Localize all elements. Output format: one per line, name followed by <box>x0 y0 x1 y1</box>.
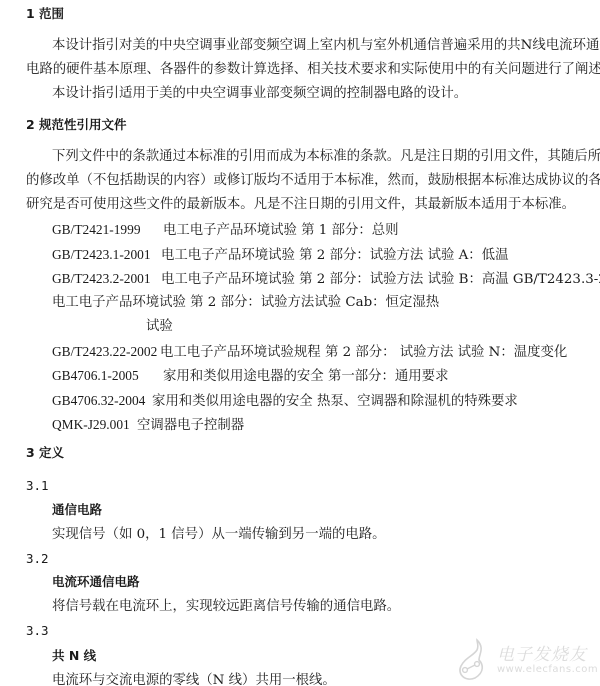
reference-code: QMK-J29.001 <box>52 416 137 434</box>
reference-code: GB/T2423.1-2001 <box>52 246 161 264</box>
watermark-name: 电子发烧友 <box>497 640 587 665</box>
reference-item: QMK-J29.001空调器电子控制器 <box>52 416 244 435</box>
reference-item: GB/T2423.1-2001电工电子产品环境试验 第 2 部分：试验方法 试验… <box>52 246 508 265</box>
definition-text: 电流环与交流电源的零线（N 线）共用一根线。 <box>52 672 336 686</box>
definition-number: 3.2 <box>26 550 49 568</box>
reference-title: 电工电子产品环境试验 第 2 部分：试验方法 试验 B：高温 GB/T2423.… <box>161 272 600 287</box>
section-3-heading: 3 定义 <box>26 444 64 462</box>
definition-term: 共 N 线 <box>52 647 96 665</box>
reference-title: 电工电子产品环境试验 第 2 部分：试验方法 试验 A：低温 <box>161 248 508 263</box>
section-2-paragraph-line: 的修改单（不包括勘误的内容）或修订版均不适用于本标准，然而，鼓励根据本标准达成协… <box>26 172 600 190</box>
definition-text: 实现信号（如 0，1 信号）从一端传输到另一端的电路。 <box>52 526 386 544</box>
section-1-paragraph-line: 本设计指引对美的中央空调事业部变频空调上室内机与室外机通信普遍采用的共N线电流环… <box>52 37 600 55</box>
section-1-heading: 1 范围 <box>26 5 64 23</box>
section-2-paragraph-line: 下列文件中的条款通过本标准的引用而成为本标准的条款。凡是注日期的引用文件，其随后… <box>52 148 600 166</box>
reference-title: 家用和类似用途电器的安全 第一部分：通用要求 <box>163 369 448 384</box>
reference-title: 家用和类似用途电器的安全 热泵、空调器和除湿机的特殊要求 <box>152 394 518 409</box>
section-1-paragraph-2: 本设计指引适用于美的中央空调事业部变频空调的控制器电路的设计。 <box>52 85 467 103</box>
reference-code: GB/T2423.22-2002 <box>52 343 160 361</box>
reference-item: GB4706.32-2004家用和类似用途电器的安全 热泵、空调器和除湿机的特殊… <box>52 392 518 411</box>
circuit-logo-icon <box>455 638 495 682</box>
reference-item: GB/T2423.2-2001电工电子产品环境试验 第 2 部分：试验方法 试验… <box>52 270 600 289</box>
reference-code: GB4706.1-2005 <box>52 367 163 385</box>
definition-term: 电流环通信电路 <box>52 573 140 591</box>
watermark: 电子发烧友 www.elecfans.com <box>455 638 595 682</box>
reference-item: GB4706.1-2005家用和类似用途电器的安全 第一部分：通用要求 <box>52 367 448 386</box>
section-1-paragraph-line: 电路的硬件基本原理、各器件的参数计算选择、相关技术要求和实际使用中的有关问题进行… <box>26 61 600 79</box>
reference-title: 电工电子产品环境试验规程 第 2 部分： 试验方法 试验 N：温度变化 <box>160 345 567 360</box>
reference-title: 电工电子产品环境试验 第 1 部分：总则 <box>163 223 399 238</box>
reference-item-continuation: 电工电子产品环境试验 第 2 部分：试验方法试验 Cab：恒定湿热 <box>52 294 439 312</box>
reference-title: 空调器电子控制器 <box>137 418 244 433</box>
definition-number: 3.1 <box>26 477 49 495</box>
reference-item: GB/T2421-1999电工电子产品环境试验 第 1 部分：总则 <box>52 221 399 240</box>
reference-item-continuation: 试验 <box>146 318 173 336</box>
definition-term: 通信电路 <box>52 501 102 519</box>
reference-code: GB/T2423.2-2001 <box>52 270 161 288</box>
definition-number: 3.3 <box>26 622 49 640</box>
reference-code: GB/T2421-1999 <box>52 221 163 239</box>
section-2-paragraph-line: 研究是否可使用这些文件的最新版本。凡是不注日期的引用文件，其最新版本适用于本标准… <box>26 196 575 214</box>
watermark-url: www.elecfans.com <box>497 664 598 675</box>
section-2-heading: 2 规范性引用文件 <box>26 116 127 134</box>
definition-text: 将信号载在电流环上，实现较远距离信号传输的通信电路。 <box>52 598 400 616</box>
reference-code: GB4706.32-2004 <box>52 392 152 410</box>
reference-item: GB/T2423.22-2002电工电子产品环境试验规程 第 2 部分： 试验方… <box>52 343 567 362</box>
